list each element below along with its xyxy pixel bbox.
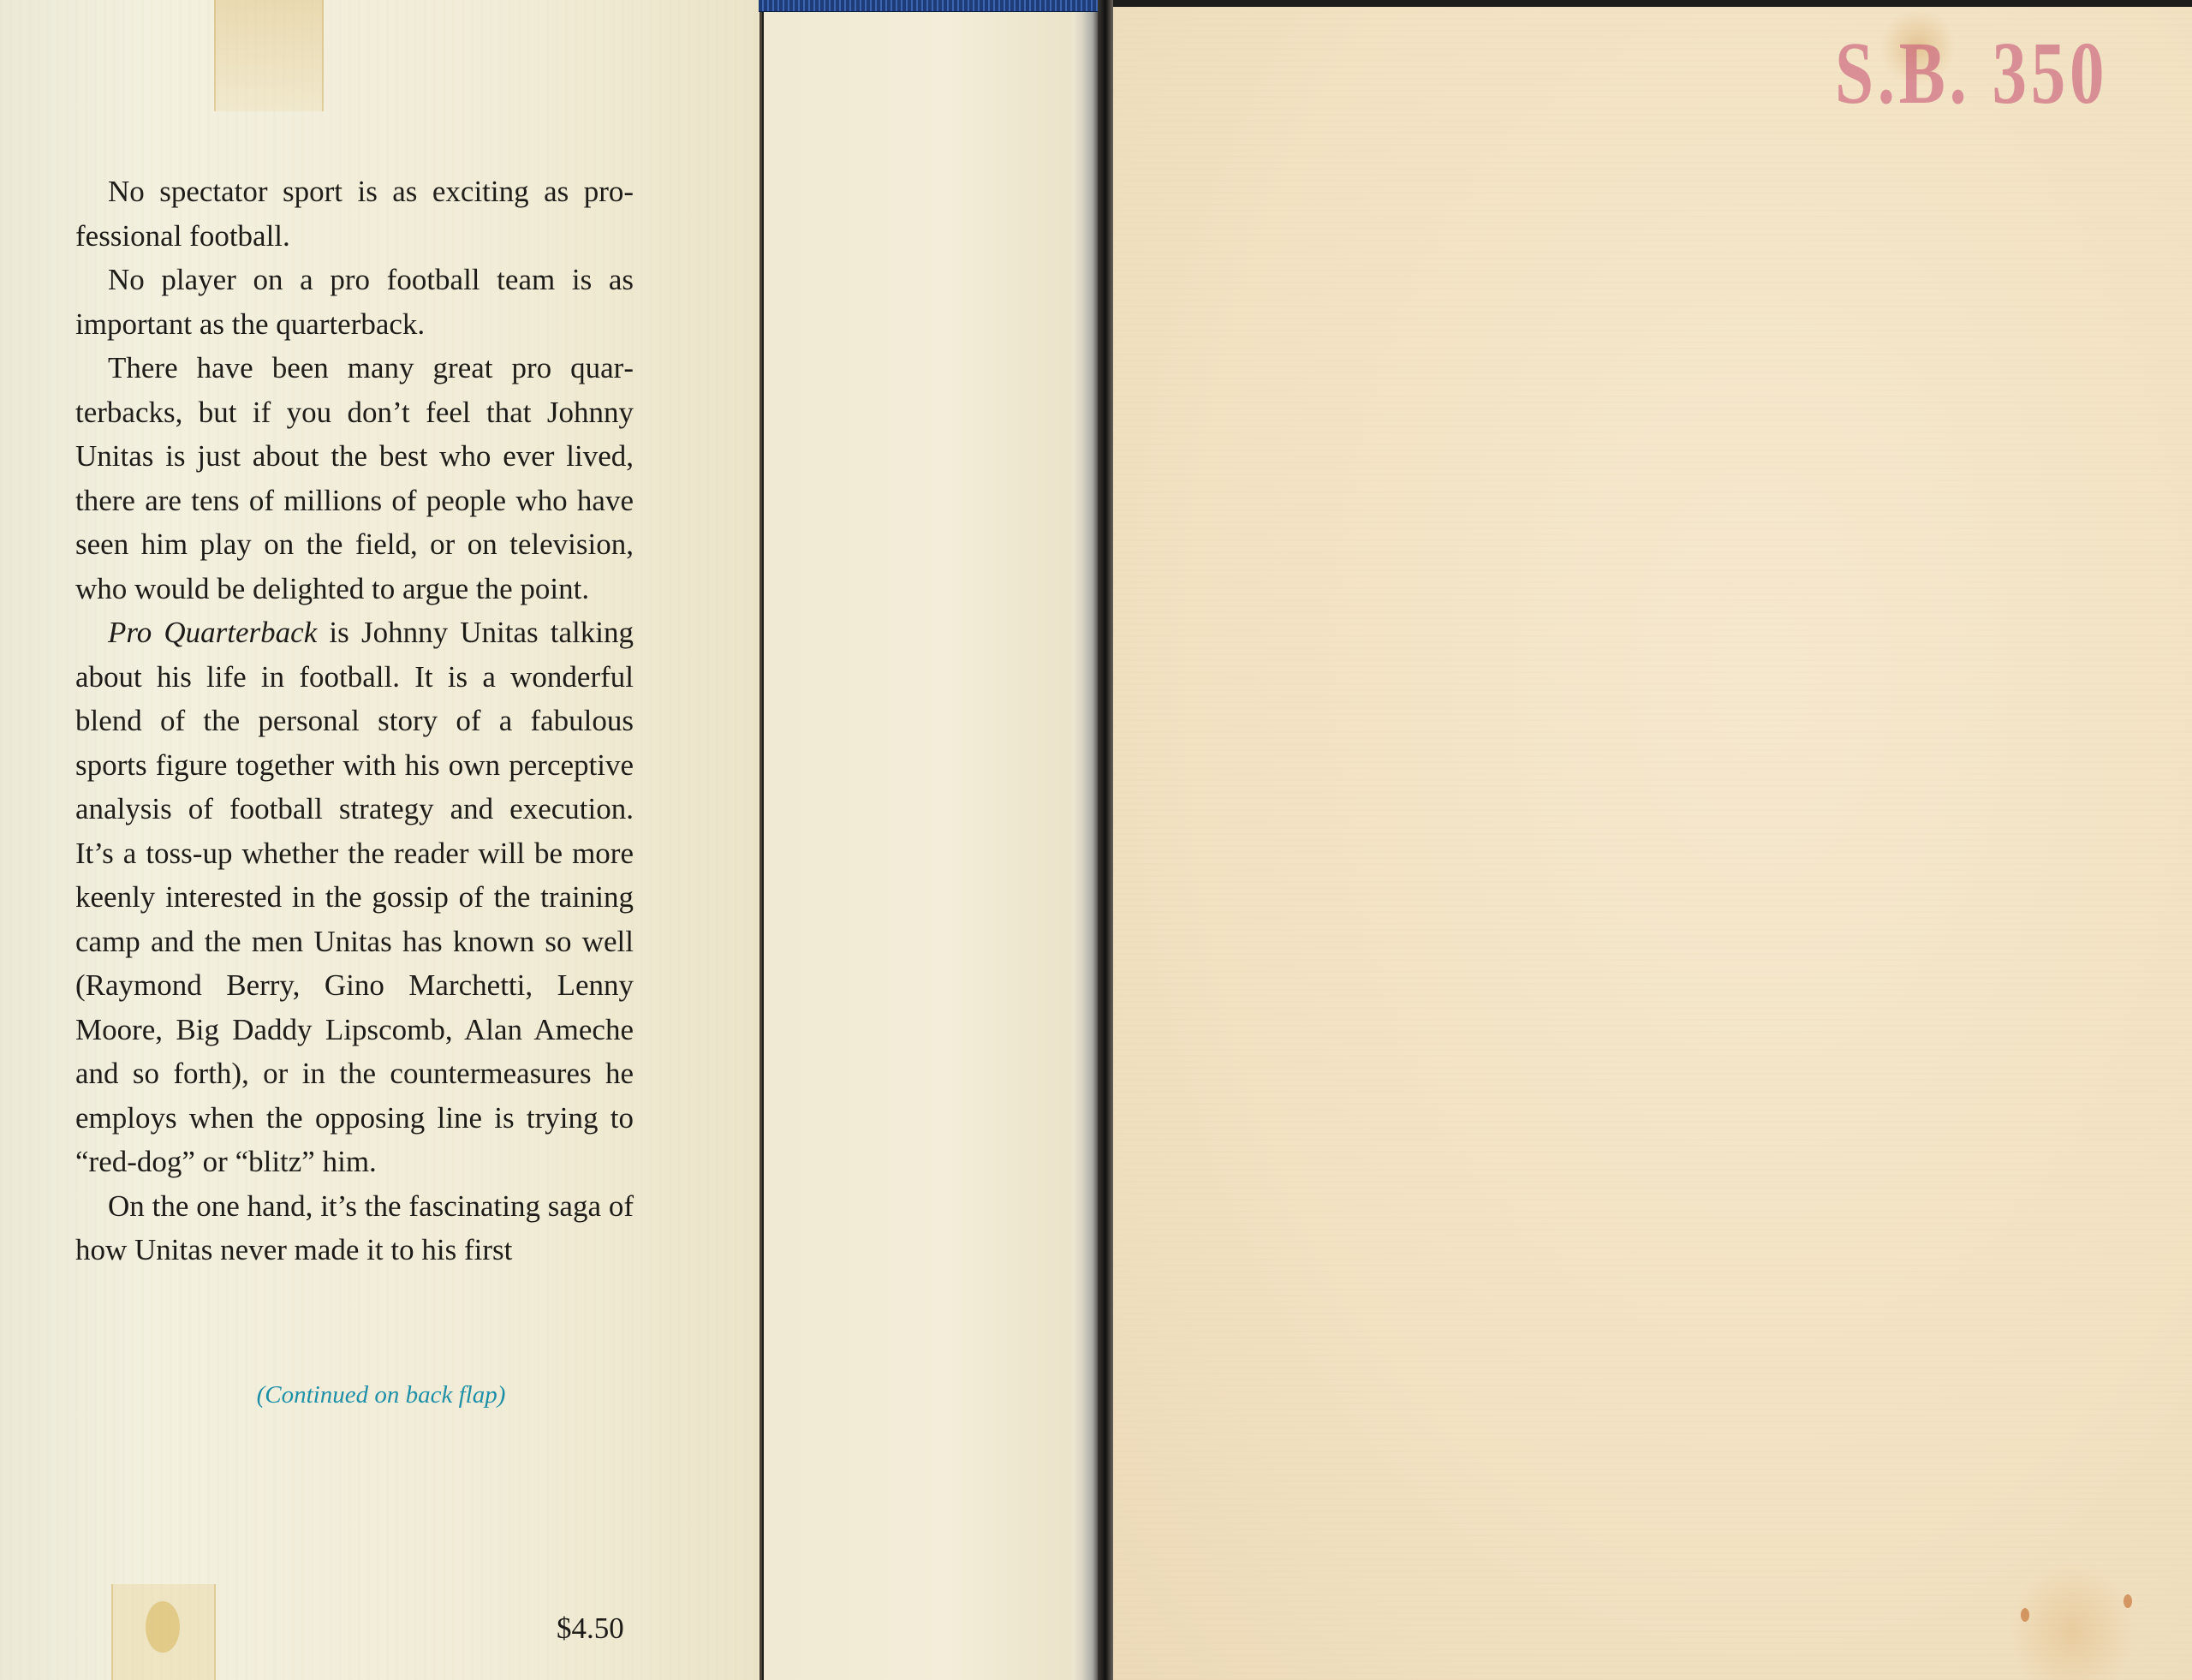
- continued-note: (Continued on back flap): [0, 1381, 762, 1409]
- library-stamp: S.B. 350: [1835, 22, 2108, 124]
- blurb-paragraph: On the one hand, it’s the fascinating sa…: [75, 1184, 634, 1272]
- endpaper-page: [1113, 7, 2192, 1680]
- jacket-inner-flap: [764, 12, 1072, 1680]
- blurb-paragraph: Pro Quarterback is Johnny Unitas talk­in…: [75, 611, 634, 1184]
- flap-blurb: No spectator sport is as exciting as pro…: [75, 170, 634, 1272]
- tape-stain: [111, 1584, 216, 1680]
- blurb-paragraph-text: is Johnny Unitas talk­ing about his life…: [75, 616, 634, 1178]
- cloth-binding-strip: [759, 0, 1113, 12]
- foxing-spot: [2021, 1608, 2029, 1622]
- book-scan: No spectator sport is as exciting as pro…: [0, 0, 2192, 1680]
- blurb-paragraph: There have been many great pro quar­terb…: [75, 346, 634, 611]
- dust-jacket-front-flap: No spectator sport is as exciting as pro…: [0, 0, 762, 1680]
- blurb-paragraph: No player on a pro football team is as i…: [75, 258, 634, 346]
- price-label: $4.50: [557, 1611, 624, 1646]
- book-gutter: [1098, 0, 1113, 1680]
- foxing-spot: [2123, 1594, 2132, 1608]
- blurb-paragraph: No spectator sport is as exciting as pro…: [75, 170, 634, 258]
- book-title: Pro Quarterback: [108, 616, 317, 649]
- flap-fold-edge: [1072, 12, 1098, 1680]
- tape-stain: [214, 0, 324, 111]
